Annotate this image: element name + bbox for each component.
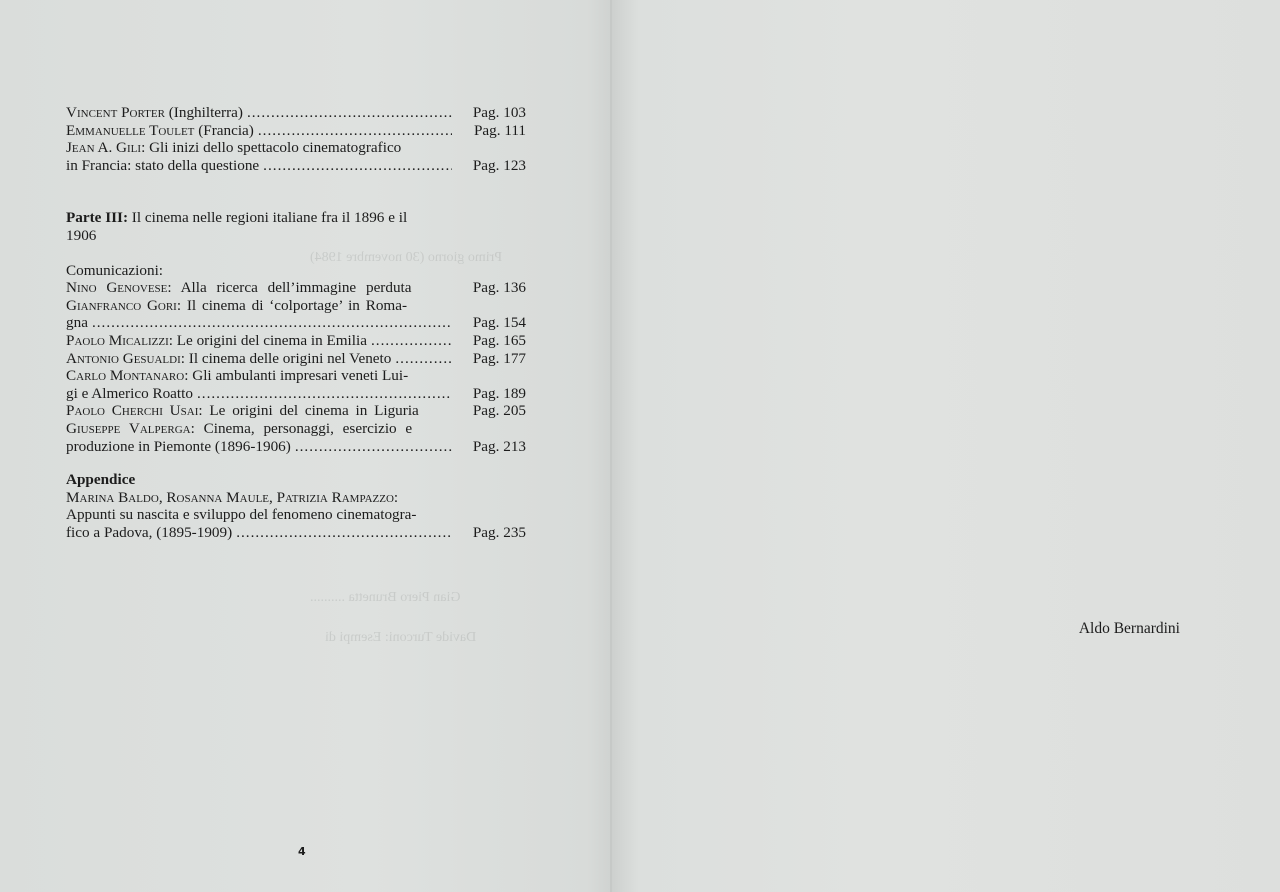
leader-dots xyxy=(263,157,452,175)
section-heading-parte-3: Parte III: Il cinema nelle regioni itali… xyxy=(66,209,526,244)
section-title-cont: 1906 xyxy=(66,227,526,245)
bleed-through-text: Gian Piero Brunetta .......... xyxy=(310,590,460,606)
toc-title-cont: in Francia: stato della questione xyxy=(66,157,259,175)
toc-title-cont: gna xyxy=(66,314,88,332)
toc-title: : Gli ambulanti impresari veneti Lui- xyxy=(184,367,408,384)
toc-page: Pag. 205 xyxy=(458,402,526,420)
toc-title: Appunti su nascita e sviluppo del fenome… xyxy=(66,506,526,524)
toc-entry[interactable]: Giuseppe Valperga: Cinema, personaggi, e… xyxy=(66,420,526,455)
toc-author: Nino Genovese xyxy=(66,279,167,296)
toc-title-cont: fico a Padova, (1895-1909) xyxy=(66,524,232,542)
appendix-heading: Appendice xyxy=(66,471,526,489)
toc-page: Pag. 165 xyxy=(458,332,526,350)
leader-dots xyxy=(395,350,452,368)
toc-entry[interactable]: Emmanuelle Toulet (Francia) Pag. 111 xyxy=(66,122,526,140)
toc-title: : Il cinema di ‘colportage’ in Roma- xyxy=(177,297,407,314)
toc-title: : Il cinema delle origini nel Veneto xyxy=(181,350,392,367)
author-signature: Aldo Bernardini xyxy=(1079,620,1180,638)
toc-entry[interactable]: Antonio Gesualdi: Il cinema delle origin… xyxy=(66,350,526,368)
leader-dots xyxy=(197,385,452,403)
toc-title: (Francia) xyxy=(194,122,253,139)
toc-author: Paolo Cherchi Usai xyxy=(66,402,198,419)
toc-title: : Le origini del cinema in Liguria xyxy=(198,402,418,419)
section-label: Parte III: xyxy=(66,209,128,226)
table-of-contents: Vincent Porter (Inghilterra) Pag. 103 Em… xyxy=(66,104,526,541)
appendix-section: Appendice Marina Baldo, Rosanna Maule, P… xyxy=(66,471,526,541)
toc-title: : Alla ricerca dell’immagine perduta xyxy=(167,279,411,296)
leader-dots xyxy=(92,314,452,332)
toc-author-colon: : xyxy=(394,489,398,506)
left-page: Primo giorno (30 novembre 1984) Gian Pie… xyxy=(0,0,612,892)
leader-dots xyxy=(247,104,452,122)
toc-page: Pag. 103 xyxy=(458,104,526,122)
toc-entry[interactable]: Paolo Cherchi Usai: Le origini del cinem… xyxy=(66,402,526,420)
toc-page: Pag. 136 xyxy=(458,279,526,297)
toc-title-cont: produzione in Piemonte (1896-1906) xyxy=(66,438,291,456)
toc-author: Jean A. Gili xyxy=(66,139,141,156)
toc-title: : Gli inizi dello spettacolo cinematogra… xyxy=(141,139,401,156)
toc-entry[interactable]: Jean A. Gili: Gli inizi dello spettacolo… xyxy=(66,139,526,174)
toc-page: Pag. 154 xyxy=(458,314,526,332)
toc-author: Gianfranco Gori xyxy=(66,297,177,314)
toc-page: Pag. 189 xyxy=(458,385,526,403)
toc-author: Paolo Micalizzi xyxy=(66,332,169,349)
toc-title: : Cinema, personaggi, esercizio e xyxy=(191,420,413,437)
toc-entry[interactable]: Paolo Micalizzi: Le origini del cinema i… xyxy=(66,332,526,350)
section-title: Il cinema nelle regioni italiane fra il … xyxy=(128,209,407,226)
toc-entry[interactable]: Nino Genovese: Alla ricerca dell’immagin… xyxy=(66,279,526,297)
toc-author: Giuseppe Valperga xyxy=(66,420,191,437)
toc-page: Pag. 213 xyxy=(458,438,526,456)
bleed-through-text: Davide Turconi: Esempi di xyxy=(325,630,476,646)
toc-page: Pag. 235 xyxy=(458,524,526,542)
toc-title: (Inghilterra) xyxy=(165,104,243,121)
book-spread: Primo giorno (30 novembre 1984) Gian Pie… xyxy=(0,0,1280,892)
subsection-label: Comunicazioni: xyxy=(66,262,526,280)
right-page: Il lavoro di raccolta e di sistemazione … xyxy=(612,0,1280,892)
toc-entry[interactable]: Gianfranco Gori: Il cinema di ‘colportag… xyxy=(66,297,526,332)
toc-author: Carlo Montanaro xyxy=(66,367,184,384)
page-number: 4 xyxy=(298,845,306,858)
toc-title-cont: gi e Almerico Roatto xyxy=(66,385,193,403)
toc-entry[interactable]: Carlo Montanaro: Gli ambulanti impresari… xyxy=(66,367,526,402)
toc-entry[interactable]: Vincent Porter (Inghilterra) Pag. 103 xyxy=(66,104,526,122)
toc-author: Emmanuelle Toulet xyxy=(66,122,194,139)
toc-page: Pag. 177 xyxy=(458,350,526,368)
leader-dots xyxy=(295,438,452,456)
toc-page: Pag. 123 xyxy=(458,157,526,175)
leader-dots xyxy=(236,524,452,542)
leader-dots xyxy=(258,122,452,140)
toc-entry[interactable]: Marina Baldo, Rosanna Maule, Patrizia Ra… xyxy=(66,489,526,542)
toc-author: Marina Baldo, Rosanna Maule, Patrizia Ra… xyxy=(66,489,394,506)
toc-title: : Le origini del cinema in Emilia xyxy=(169,332,367,349)
toc-author: Vincent Porter xyxy=(66,104,165,121)
toc-page: Pag. 111 xyxy=(458,122,526,140)
toc-author: Antonio Gesualdi xyxy=(66,350,181,367)
leader-dots xyxy=(371,332,452,350)
